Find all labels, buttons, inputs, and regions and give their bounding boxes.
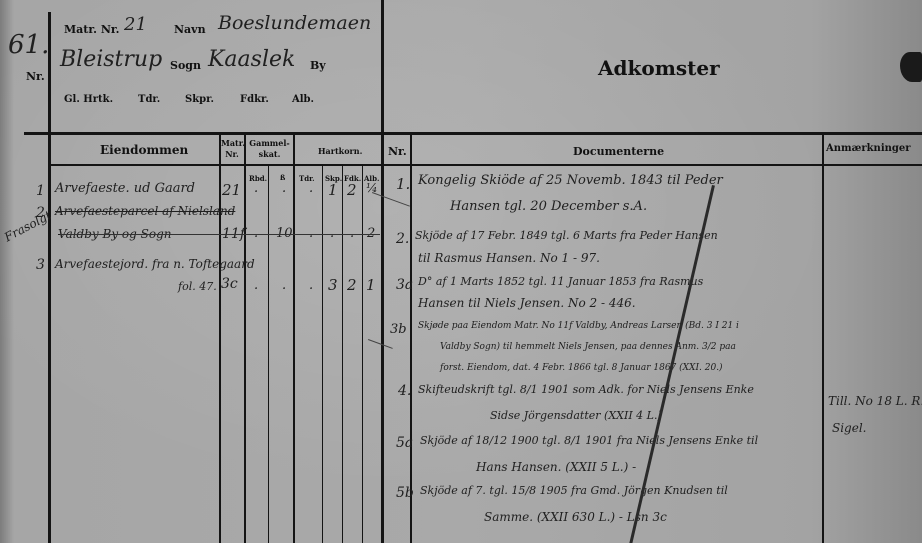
entry-line: Skjöde af 7. tgl. 15/8 1905 fra Gmd. Jör… [420,484,728,497]
row-fdk: 2 [347,276,357,294]
row-fdk: 2 [347,181,357,199]
sogn-label: Sogn [170,59,201,72]
col-rule-rbd [268,166,269,543]
row-matr: 21 [222,181,241,199]
tdr-label: Tdr. [138,94,160,105]
center-rule [381,0,384,543]
entry-nr: 2. [396,231,409,247]
entry-line: til Rasmus Hansen. No 1 - 97. [418,251,600,265]
col-rule-anmaerkninger [822,133,824,543]
entry-nr: 5b [396,485,414,501]
entry-line: Hansen tgl. 20 December s.A. [450,199,647,214]
table-top-rule [24,132,922,135]
row-skp: 1 [328,181,338,199]
header-matr-nr: Matr. Nr. [221,138,243,160]
matr-nr-label: Matr. Nr. [64,23,120,36]
nr-label: Nr. [26,70,45,83]
row-rbd: . [254,181,258,196]
sogn-value: Bleistrup [60,47,162,72]
entry-line: Skjøde paa Eiendom Matr. No 11f Valdby, … [418,321,739,331]
entry-nr: 5a [396,435,413,451]
arrow-stroke [372,192,410,207]
row-matr: 3c [221,276,238,292]
margin-note: Frasolgt [2,208,54,244]
row-desc: Arvefaesteparcel af Nielsland [55,204,235,218]
entry-line: Hansen til Niels Jensen. No 2 - 446. [418,296,636,310]
entry-line: Kongelig Skiöde af 25 Novemb. 1843 til P… [418,173,723,188]
left-margin-rule [48,12,51,543]
skpr-label: Skpr. [185,94,214,105]
entry-line: Sidse Jörgensdatter (XXII 4 L.) [490,409,662,422]
header-eiendommen: Eiendommen [100,143,188,157]
entry-line: Hans Hansen. (XXII 5 L.) - [476,460,636,474]
header-hartkorn: Hartkorn. [318,146,362,156]
gl-hrtk-label: Gl. Hrtk. [64,94,113,105]
strike-line [60,234,380,235]
page-title: Adkomster [598,56,720,80]
matr-nr-value: 21 [124,14,147,35]
fdkr-label: Fdkr. [240,94,269,105]
entry-line: Valdby Sogn) til hemmelt Niels Jensen, p… [440,342,736,352]
navn-label: Navn [174,23,206,36]
remark: Sigel. [832,421,867,435]
remark: Till. No 18 L. R. 23 [828,394,922,408]
row-desc: Arvefaeste. ud Gaard [55,181,195,196]
header-doc-nr: Nr. [388,145,407,158]
entry-line: D° af 1 Marts 1852 tgl. 11 Januar 1853 f… [418,275,703,288]
row-nr: 1 [36,183,45,199]
row-desc-2: fol. 47. [178,280,217,293]
row-nr: 3 [36,257,45,273]
alb-label: Alb. [292,94,314,105]
row-sk: . [282,181,286,196]
row-rbd: . [254,278,258,293]
row-alb: 1 [366,276,376,294]
col-rule-matr [244,133,246,543]
record-number: 61. [8,30,49,60]
col-rule-fdk [362,166,363,543]
navn-value: Boeslundemaen [218,12,371,34]
row-sk: . [282,278,286,293]
entry-line: Skjöde af 18/12 1900 tgl. 8/1 1901 fra N… [420,434,758,447]
entry-line: Skifteudskrift tgl. 8/1 1901 som Adk. fo… [418,383,754,396]
col-rule-eiendommen [219,133,221,543]
header-anmaerkninger: Anmærkninger [826,143,911,154]
header-bottom-rule [50,164,922,166]
header-gammelskat: Gammel-skat. [247,138,292,160]
entry-line: forst. Eiendom, dat. 4 Febr. 1866 tgl. 8… [440,363,723,373]
row-tdr: . [309,278,313,293]
row-tdr: . [309,181,313,196]
ink-blot [900,52,922,82]
col-rule-tdr [322,166,323,543]
entry-nr: 3a [396,277,413,293]
col-rule-doc-nr [410,135,412,543]
entry-line: Skjöde af 17 Febr. 1849 tgl. 6 Marts fra… [415,229,718,242]
entry-nr: 4. [398,383,411,399]
row-desc: Arvefaestejord. fra n. Toftegaard [55,257,255,271]
by-value: Kaaslek [208,47,295,72]
col-rule-gammelskat [293,133,295,543]
col-rule-skp [342,166,343,543]
row-skp: 3 [328,276,338,294]
ledger-page: 61. Nr. Matr. Nr. 21 Navn Boeslundemaen … [0,0,922,543]
entry-nr: 3b [390,322,407,337]
header-documenterne: Documenterne [573,145,664,158]
by-label: By [310,59,326,72]
entry-nr: 1. [396,175,410,193]
